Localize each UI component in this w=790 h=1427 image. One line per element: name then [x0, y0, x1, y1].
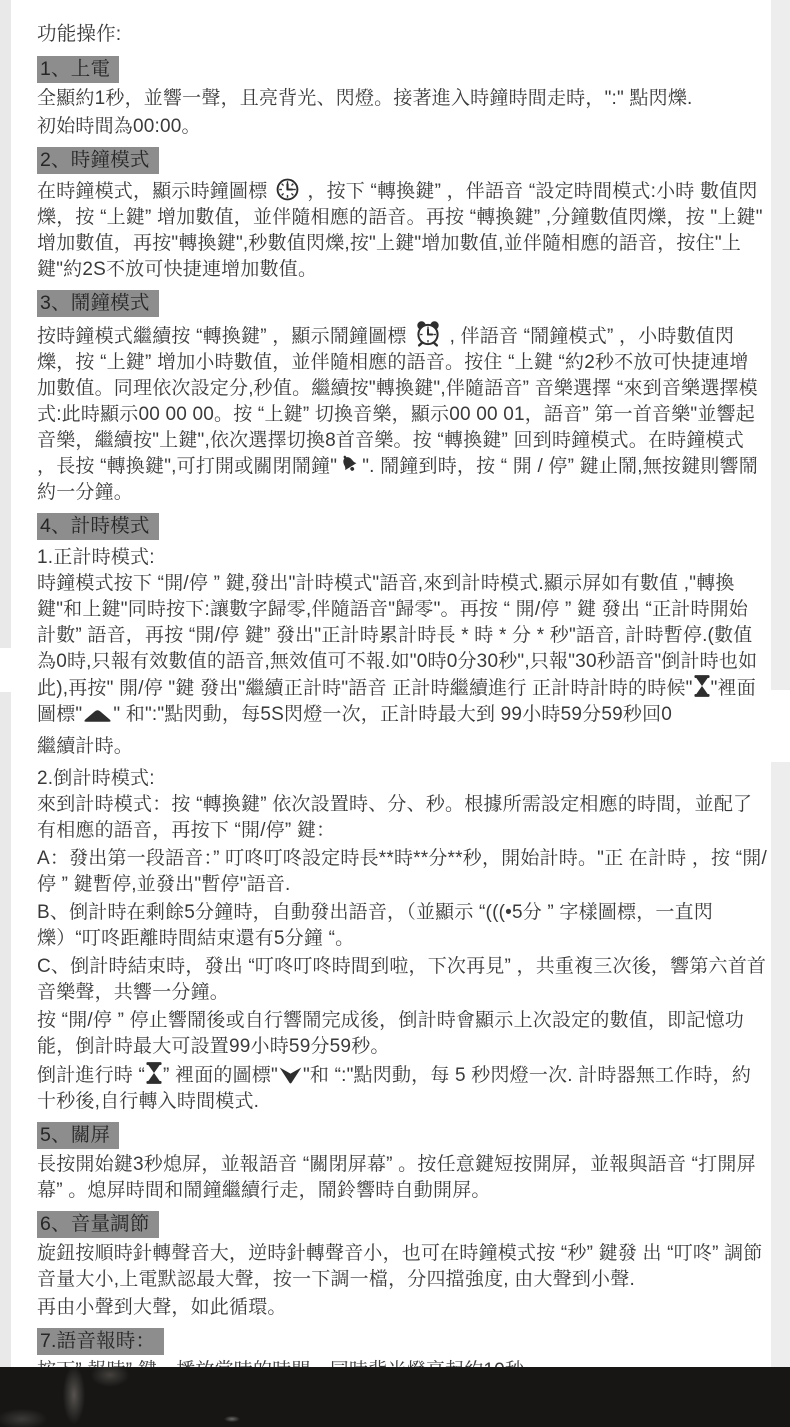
- section-heading-voice-report: 7.語音報時：: [37, 1328, 164, 1355]
- power-on-line2: 初始時間為00:00。: [37, 114, 767, 140]
- countdown-indicator-part1: 倒計進行時 “: [37, 1065, 145, 1086]
- countdown-indicator-text: 倒計進行時 “” 裡面的圖標""和 “:"點閃動，每 5 秒閃燈一次. 計時器無…: [37, 1062, 767, 1115]
- section-power-on: 1、上電 全顯約1秒，並響一聲，且亮背光、閃燈。接著進入時鐘時間走時，":" 點…: [37, 51, 767, 140]
- alarm-mode-text-part2: , 伴語音 “鬧鐘模式” ，小時數值閃爍，按 “上鍵” 增加小時數值，並伴隨相應…: [37, 326, 758, 477]
- clock-mode-text-before-icon: 在時鐘模式，顯示時鐘圖標: [37, 181, 267, 202]
- section-timer-mode: 4、計時模式 1.正計時模式: 時鐘模式按下 “開/停 ” 鍵,發出"計時模式"…: [37, 508, 767, 1115]
- alarm-bell-icon: [338, 454, 361, 475]
- section-heading-volume: 6、音量調節: [37, 1211, 159, 1238]
- screen-off-text: 長按開始鍵3秒熄屏，並報語音 “關閉屏幕” 。按任意鍵短按開屏，並報與語音 “打…: [37, 1152, 767, 1204]
- section-alarm-mode: 3、鬧鐘模式 按時鐘模式繼續按 “轉換鍵” ，顯示鬧鐘圖標: [37, 285, 767, 506]
- triangle-down-icon: [279, 1067, 302, 1084]
- section-heading-screen-off: 5、關屏: [37, 1122, 119, 1149]
- volume-text-line2: 再由小聲到大聲，如此循環。: [37, 1295, 767, 1321]
- hourglass-icon: [146, 1062, 162, 1084]
- countdown-item-c: C、倒計時結束時，發出 “叮咚叮咚時間到啦，下次再見” ，共重複三次後，響第六首…: [37, 954, 767, 1006]
- alarm-mode-text-part1: 按時鐘模式繼續按 “轉換鍵” ，顯示鬧鐘圖標: [37, 326, 407, 347]
- manual-content: 功能操作: 1、上電 全顯約1秒，並響一聲，且亮背光、閃燈。接著進入時鐘時間走時…: [11, 0, 771, 1367]
- page-title: 功能操作:: [37, 21, 767, 47]
- section-heading-clock-mode: 2、時鐘模式: [37, 147, 159, 174]
- photo-background-band: [0, 1367, 790, 1427]
- countup-text-part1: 時鐘模式按下 “開/停 ” 鍵,發出"計時模式"語音,來到計時模式.顯示屏如有數…: [37, 573, 757, 699]
- section-clock-mode: 2、時鐘模式 在時鐘模式，顯示時鐘圖標 ，按下 “轉換鍵” ，伴語音 “設定時: [37, 142, 767, 283]
- clock-icon: [275, 177, 300, 202]
- volume-text-line1: 旋鈕按順時針轉聲音大，逆時針轉聲音小，也可在時鐘模式按 “秒” 鍵發 出 “叮咚…: [37, 1241, 767, 1293]
- hourglass-icon: [694, 675, 710, 697]
- section-volume: 6、音量調節 旋鈕按順時針轉聲音大，逆時針轉聲音小，也可在時鐘模式按 “秒” 鍵…: [37, 1206, 767, 1321]
- section-heading-timer-mode: 4、計時模式: [37, 513, 159, 540]
- countup-subtitle: 1.正計時模式:: [37, 545, 767, 571]
- countdown-memory-note: 按 “開/停 ” 停止響鬧後或自行響鬧完成後，倒計時會顯示上次設定的數值，即記憶…: [37, 1008, 767, 1060]
- section-screen-off: 5、關屏 長按開始鍵3秒熄屏，並報語音 “關閉屏幕” 。按任意鍵短按開屏，並報與…: [37, 1117, 767, 1204]
- scan-edge-right: [771, 0, 790, 1367]
- countdown-indicator-part2: ” 裡面的圖標": [163, 1065, 278, 1086]
- alarm-clock-icon: [414, 320, 442, 347]
- clock-mode-text: 在時鐘模式，顯示時鐘圖標 ，按下 “轉換鍵” ，伴語音 “設定時間模式:小時 數…: [37, 177, 767, 283]
- triangle-up-icon: [83, 709, 112, 723]
- countup-text: 時鐘模式按下 “開/停 ” 鍵,發出"計時模式"語音,來到計時模式.顯示屏如有數…: [37, 571, 767, 728]
- countup-text-part3: " 和":"點閃動，每5S閃燈一次，正計時最大到 99小時59分59秒回0: [113, 704, 672, 725]
- section-heading-power-on: 1、上電: [37, 56, 119, 83]
- countdown-item-a: A：發出第一段語音：” 叮咚叮咚設定時長**時**分**秒，開始計時。"正 在計…: [37, 846, 767, 898]
- countdown-item-b: B、倒計時在剩餘5分鐘時，自動發出語音，（並顯示 “(((•5分 ” 字樣圖標，…: [37, 900, 767, 952]
- alarm-mode-text: 按時鐘模式繼續按 “轉換鍵” ，顯示鬧鐘圖標: [37, 320, 767, 506]
- scan-artifact-left: [0, 648, 11, 692]
- countdown-subtitle: 2.倒計時模式:: [37, 766, 767, 792]
- countup-text-continue: 繼續計時。: [37, 734, 767, 760]
- scan-artifact-right: [771, 690, 790, 762]
- scanned-manual-page: 功能操作: 1、上電 全顯約1秒，並響一聲，且亮背光、閃燈。接著進入時鐘時間走時…: [0, 0, 790, 1427]
- section-heading-alarm-mode: 3、鬧鐘模式: [37, 290, 159, 317]
- power-on-line1: 全顯約1秒，並響一聲，且亮背光、閃燈。接著進入時鐘時間走時，":" 點閃爍.: [37, 86, 767, 112]
- countdown-intro: 來到計時模式：按 “轉換鍵” 依次設置時、分、秒。根據所需設定相應的時間，並配了…: [37, 792, 767, 844]
